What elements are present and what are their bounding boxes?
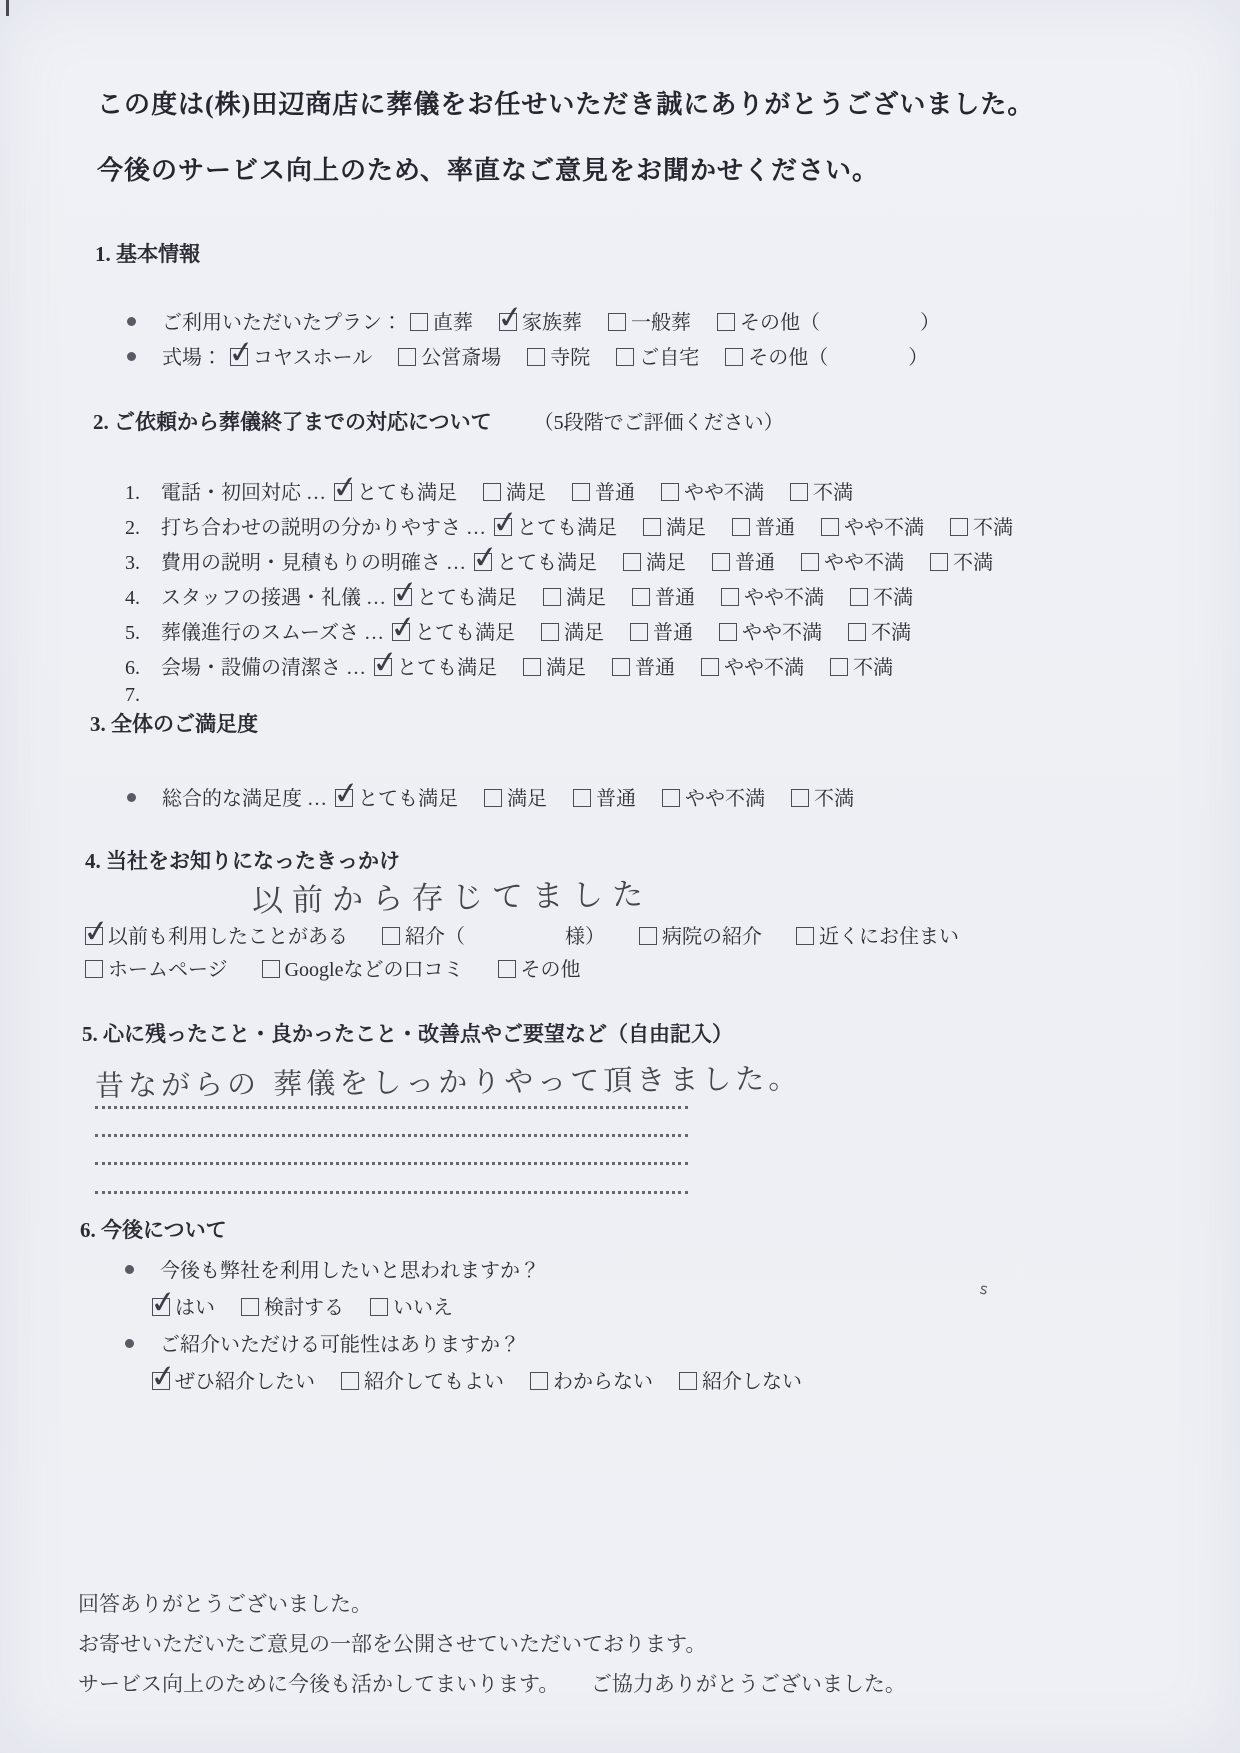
- plan-row: ご利用いただいたプラン：直葬家族葬一般葬その他（ ）: [127, 306, 966, 335]
- checkbox-option[interactable]: 不満: [950, 511, 1013, 540]
- checkbox[interactable]: [230, 348, 248, 366]
- rating-number: 7.: [125, 684, 161, 707]
- checkbox[interactable]: [821, 518, 839, 536]
- checkbox[interactable]: [483, 483, 501, 501]
- checkbox-label: 不満: [873, 587, 913, 609]
- checkbox-option[interactable]: 不満: [790, 476, 853, 505]
- source-options-row2: ホームページGoogleなどの口コミその他: [85, 953, 615, 982]
- checkbox[interactable]: [801, 553, 819, 571]
- checkbox-option[interactable]: とても満足: [392, 616, 515, 645]
- checkbox-label: 普通: [635, 657, 675, 679]
- comment-write-line[interactable]: [95, 1160, 688, 1165]
- checkbox[interactable]: [152, 1298, 170, 1316]
- checkbox-option[interactable]: 満足: [483, 476, 546, 505]
- checkbox-label: Googleなどの口コミ: [285, 959, 464, 981]
- checkbox-label: とても満足: [357, 482, 457, 504]
- checkbox-option[interactable]: 普通: [712, 546, 775, 575]
- checkbox[interactable]: [608, 313, 626, 331]
- checkbox-option[interactable]: やや不満: [701, 651, 804, 680]
- bullet-icon: [127, 317, 136, 326]
- overall-row: 総合的な満足度 …とても満足満足普通やや不満不満: [127, 782, 880, 811]
- rating-options: とても満足満足普通やや不満不満: [474, 552, 1019, 574]
- checkbox-option[interactable]: 不満: [791, 782, 854, 811]
- checkbox[interactable]: [717, 313, 735, 331]
- checkbox-option[interactable]: やや不満: [661, 476, 764, 505]
- checkbox[interactable]: [85, 960, 103, 978]
- checkbox-label: わからない: [553, 1371, 653, 1393]
- stray-ink-mark: s: [978, 1279, 989, 1298]
- checkbox-option[interactable]: 普通: [572, 476, 635, 505]
- checkbox-option[interactable]: 普通: [732, 511, 795, 540]
- checkbox-option[interactable]: やや不満: [719, 616, 822, 645]
- page-title: この度は(株)田辺商店に葬儀をお任せいただき誠にありがとうございました。: [97, 84, 1034, 121]
- checkbox-label: その他: [521, 959, 581, 981]
- footer-closing: サービス向上のために今後も活かしてまいります。 ご協力ありがとうございました。: [78, 1668, 906, 1698]
- future-use-question: 今後も弊社を利用したいと思われますか？: [160, 1260, 540, 1282]
- rating-label: 打ち合わせの説明の分かりやすさ …: [161, 517, 486, 539]
- rating-options: とても満足満足普通やや不満不満: [374, 657, 919, 679]
- checkbox-option[interactable]: やや不満: [801, 546, 904, 575]
- checkbox-label: 不満: [953, 552, 993, 574]
- referral-answers-row: ぜひ紹介したい紹介してもよいわからない紹介しない: [152, 1365, 828, 1394]
- checkbox-label: とても満足: [517, 517, 617, 539]
- checkbox-option[interactable]: とても満足: [474, 546, 597, 575]
- checkbox-label: 一般葬: [631, 312, 691, 334]
- rating-number: 6.: [125, 657, 161, 680]
- checkbox[interactable]: [394, 588, 412, 606]
- rating-row: 6.会場・設備の清潔さ …とても満足満足普通やや不満不満: [125, 651, 919, 680]
- checkbox-label: 普通: [655, 587, 695, 609]
- checkbox-label: 検討する: [264, 1297, 344, 1319]
- overall-label: 総合的な満足度 …: [162, 788, 327, 810]
- section4-heading: 4. 当社をお知りになったきっかけ: [85, 845, 400, 875]
- rating-number: 2.: [125, 517, 161, 540]
- checkbox[interactable]: [796, 927, 814, 945]
- checkbox[interactable]: [643, 518, 661, 536]
- checkbox-option[interactable]: 病院の紹介: [639, 920, 762, 949]
- checkbox-label: ぜひ紹介したい: [175, 1371, 315, 1393]
- rating-options: とても満足満足普通やや不満不満: [334, 482, 879, 504]
- checkbox-option[interactable]: その他: [498, 953, 581, 982]
- checkbox-option[interactable]: 普通: [630, 616, 693, 645]
- comment-write-line[interactable]: [95, 1189, 688, 1194]
- checkbox-label: 病院の紹介: [662, 926, 762, 948]
- checkbox[interactable]: [530, 1372, 548, 1390]
- checkbox[interactable]: [732, 518, 750, 536]
- rating-options: とても満足満足普通やや不満不満: [494, 517, 1039, 539]
- checkbox[interactable]: [341, 1372, 359, 1390]
- checkbox[interactable]: [398, 348, 416, 366]
- checkbox-label: 満足: [507, 788, 547, 810]
- checkbox-label: やや不満: [744, 587, 824, 609]
- checkbox-label: 不満: [814, 788, 854, 810]
- checkbox-label: とても満足: [397, 657, 497, 679]
- checkbox[interactable]: [494, 518, 512, 536]
- page-subtitle: 今後のサービス向上のため、率直なご意見をお聞かせください。: [97, 150, 879, 187]
- checkbox-label: 満足: [566, 587, 606, 609]
- checkbox-option[interactable]: Googleなどの口コミ: [262, 953, 464, 982]
- checkbox[interactable]: [719, 623, 737, 641]
- rating-row: 1.電話・初回対応 …とても満足満足普通やや不満不満: [125, 476, 879, 505]
- checkbox-label: やや不満: [742, 622, 822, 644]
- checkbox[interactable]: [623, 553, 641, 571]
- checkbox-option[interactable]: 普通: [612, 651, 675, 680]
- checkbox-label: 直葬: [433, 312, 473, 334]
- checkbox[interactable]: [498, 960, 516, 978]
- overall-options: とても満足満足普通やや不満不満: [335, 788, 880, 810]
- checkbox[interactable]: [410, 313, 428, 331]
- checkbox-option[interactable]: 一般葬: [608, 306, 691, 335]
- checkbox-label: やや不満: [824, 552, 904, 574]
- checkbox-label: 普通: [653, 622, 693, 644]
- checkbox[interactable]: [712, 553, 730, 571]
- referral-question-row: ご紹介いただける可能性はありますか？: [125, 1328, 520, 1357]
- checkbox-option[interactable]: とても満足: [335, 782, 458, 811]
- checkbox[interactable]: [334, 483, 352, 501]
- future-use-options: はい検討するいいえ: [152, 1297, 479, 1319]
- checkbox-label: 普通: [735, 552, 775, 574]
- checkbox[interactable]: [262, 960, 280, 978]
- referral-question: ご紹介いただける可能性はありますか？: [160, 1334, 520, 1356]
- checkbox-option[interactable]: いいえ: [370, 1291, 453, 1320]
- checkbox-label: 家族葬: [522, 312, 582, 334]
- checkbox[interactable]: [484, 789, 502, 807]
- checkbox-label: 満足: [666, 517, 706, 539]
- checkbox-label: 紹介しない: [702, 1371, 802, 1393]
- checkbox-label: その他（ ）: [740, 312, 940, 334]
- checkbox-option[interactable]: 直葬: [410, 306, 473, 335]
- comment-write-line[interactable]: [95, 1104, 688, 1109]
- rating-label: 葬儀進行のスムーズさ …: [161, 622, 384, 644]
- checkbox[interactable]: [616, 348, 634, 366]
- future-use-question-row: 今後も弊社を利用したいと思われますか？: [125, 1254, 540, 1283]
- checkbox[interactable]: [572, 483, 590, 501]
- checkbox[interactable]: [335, 789, 353, 807]
- referral-options: ぜひ紹介したい紹介してもよいわからない紹介しない: [152, 1371, 828, 1393]
- checkbox-option[interactable]: 寺院: [527, 341, 590, 370]
- section6-heading: 6. 今後について: [80, 1214, 227, 1244]
- checkbox-label: ご自宅: [639, 347, 699, 369]
- rating-row: 2.打ち合わせの説明の分かりやすさ …とても満足満足普通やや不満不満: [125, 511, 1039, 540]
- rating-options: とても満足満足普通やや不満不満: [394, 587, 939, 609]
- checkbox-label: その他（ ）: [748, 347, 928, 369]
- checkbox[interactable]: [639, 927, 657, 945]
- checkbox-label: いいえ: [393, 1297, 453, 1319]
- plan-label: ご利用いただいたプラン：: [162, 312, 402, 334]
- section1-heading: 1. 基本情報: [95, 238, 200, 268]
- bullet-icon: [125, 1265, 134, 1274]
- checkbox[interactable]: [499, 313, 517, 331]
- checkbox-option[interactable]: 紹介してもよい: [341, 1365, 504, 1394]
- checkbox[interactable]: [85, 927, 103, 945]
- checkbox-option[interactable]: 家族葬: [499, 306, 582, 335]
- checkbox-option[interactable]: コヤスホール: [230, 341, 372, 370]
- venue-label: 式場：: [162, 347, 222, 369]
- source-options-row1: 以前も利用したことがある紹介（ 様）病院の紹介近くにお住まい: [85, 920, 993, 949]
- bullet-icon: [127, 793, 136, 802]
- checkbox-label: 公営斎場: [421, 347, 501, 369]
- checkbox-label: 不満: [871, 622, 911, 644]
- checkbox-label: 普通: [596, 788, 636, 810]
- checkbox-option[interactable]: とても満足: [394, 581, 517, 610]
- plan-options: 直葬家族葬一般葬その他（ ）: [410, 312, 966, 334]
- checkbox-option[interactable]: とても満足: [334, 476, 457, 505]
- rating-row: 7.: [125, 684, 161, 707]
- checkbox-label: とても満足: [358, 788, 458, 810]
- checkbox-option[interactable]: 紹介しない: [679, 1365, 802, 1394]
- handwritten-free-comment: 昔ながらの 葬儀をしっかりやって頂きました。: [95, 1056, 802, 1104]
- rating-number: 1.: [125, 482, 161, 505]
- checkbox-label: ホームページ: [108, 959, 228, 981]
- checkbox-label: とても満足: [417, 587, 517, 609]
- checkbox-label: 満足: [546, 657, 586, 679]
- venue-options: コヤスホール公営斎場寺院ご自宅その他（ ）: [230, 347, 954, 369]
- source-options: ホームページGoogleなどの口コミその他: [85, 959, 615, 981]
- checkbox-option[interactable]: 満足: [523, 651, 586, 680]
- venue-row: 式場：コヤスホール公営斎場寺院ご自宅その他（ ）: [127, 341, 954, 370]
- checkbox-option[interactable]: 満足: [643, 511, 706, 540]
- checkbox-label: はい: [175, 1297, 215, 1319]
- checkbox-label: やや不満: [724, 657, 804, 679]
- checkbox-option[interactable]: 満足: [541, 616, 604, 645]
- checkbox-option[interactable]: やや不満: [821, 511, 924, 540]
- checkbox-label: 満足: [646, 552, 686, 574]
- checkbox[interactable]: [241, 1298, 259, 1316]
- checkbox-option[interactable]: 満足: [623, 546, 686, 575]
- checkbox-label: 満足: [564, 622, 604, 644]
- checkbox[interactable]: [950, 518, 968, 536]
- checkbox[interactable]: [630, 623, 648, 641]
- comment-write-line[interactable]: [95, 1132, 688, 1137]
- checkbox-option[interactable]: 普通: [632, 581, 695, 610]
- checkbox[interactable]: [848, 623, 866, 641]
- checkbox-option[interactable]: はい: [152, 1291, 215, 1320]
- checkbox-option[interactable]: 不満: [848, 616, 911, 645]
- section2-note: （5段階でご評価ください）: [534, 412, 784, 434]
- scanned-survey-page: この度は(株)田辺商店に葬儀をお任せいただき誠にありがとうございました。 今後の…: [0, 0, 1240, 1753]
- checkbox[interactable]: [474, 553, 492, 571]
- bullet-icon: [125, 1339, 134, 1348]
- checkbox-option[interactable]: 不満: [930, 546, 993, 575]
- footer-thanks: 回答ありがとうございました。: [78, 1588, 372, 1618]
- checkbox[interactable]: [543, 588, 561, 606]
- checkbox-label: 不満: [813, 482, 853, 504]
- checkbox[interactable]: [382, 927, 400, 945]
- rating-label: 電話・初回対応 …: [161, 482, 326, 504]
- checkbox-option[interactable]: 満足: [543, 581, 606, 610]
- checkbox-option[interactable]: 近くにお住まい: [796, 920, 959, 949]
- checkbox-option[interactable]: 公営斎場: [398, 341, 501, 370]
- rating-options: とても満足満足普通やや不満不満: [392, 622, 937, 644]
- checkbox[interactable]: [721, 588, 739, 606]
- section2-heading-text: 2. ご依頼から葬儀終了までの対応について: [93, 410, 492, 434]
- checkbox[interactable]: [850, 588, 868, 606]
- checkbox-label: 近くにお住まい: [819, 926, 959, 948]
- checkbox[interactable]: [370, 1298, 388, 1316]
- checkbox-label: 以前も利用したことがある: [108, 926, 348, 948]
- checkbox-label: 紹介（ 様）: [405, 926, 605, 948]
- checkbox-option[interactable]: とても満足: [374, 651, 497, 680]
- rating-row: 3.費用の説明・見積もりの明確さ …とても満足満足普通やや不満不満: [125, 546, 1019, 575]
- checkbox-label: 不満: [973, 517, 1013, 539]
- footer-publish-note: お寄せいただいたご意見の一部を公開させていただいております。: [78, 1628, 706, 1658]
- checkbox[interactable]: [527, 348, 545, 366]
- section3-heading: 3. 全体のご満足度: [90, 708, 258, 738]
- checkbox[interactable]: [662, 789, 680, 807]
- scan-artifact-mark: [6, 0, 9, 16]
- checkbox-label: とても満足: [497, 552, 597, 574]
- checkbox-option[interactable]: その他（ ）: [725, 341, 928, 370]
- rating-label: スタッフの接遇・礼儀 …: [161, 587, 386, 609]
- checkbox[interactable]: [791, 789, 809, 807]
- checkbox-option[interactable]: その他（ ）: [717, 306, 940, 335]
- checkbox[interactable]: [790, 483, 808, 501]
- checkbox-label: コヤスホール: [253, 347, 372, 369]
- checkbox-option[interactable]: 満足: [484, 782, 547, 811]
- checkbox-label: 普通: [595, 482, 635, 504]
- checkbox[interactable]: [661, 483, 679, 501]
- source-options: 以前も利用したことがある紹介（ 様）病院の紹介近くにお住まい: [85, 926, 993, 948]
- checkbox-option[interactable]: やや不満: [721, 581, 824, 610]
- checkbox[interactable]: [725, 348, 743, 366]
- checkbox-label: 紹介してもよい: [364, 1371, 504, 1393]
- handwritten-answer-source: 以前から存じてました: [252, 869, 653, 921]
- rating-number: 3.: [125, 552, 161, 575]
- checkbox-label: やや不満: [684, 482, 764, 504]
- section2-heading: 2. ご依頼から葬儀終了までの対応について（5段階でご評価ください）: [93, 406, 784, 436]
- checkbox-option[interactable]: ぜひ紹介したい: [152, 1365, 315, 1394]
- checkbox-label: 満足: [506, 482, 546, 504]
- rating-label: 費用の説明・見積もりの明確さ …: [161, 552, 466, 574]
- bullet-icon: [127, 352, 136, 361]
- checkbox-option[interactable]: やや不満: [662, 782, 765, 811]
- checkbox[interactable]: [392, 623, 410, 641]
- section5-heading: 5. 心に残ったこと・良かったこと・改善点やご要望など（自由記入）: [82, 1018, 733, 1048]
- checkbox-option[interactable]: わからない: [530, 1365, 653, 1394]
- checkbox-option[interactable]: 以前も利用したことがある: [85, 920, 348, 949]
- rating-row: 4.スタッフの接遇・礼儀 …とても満足満足普通やや不満不満: [125, 581, 939, 610]
- checkbox-label: 寺院: [550, 347, 590, 369]
- checkbox[interactable]: [679, 1372, 697, 1390]
- rating-row: 5.葬儀進行のスムーズさ …とても満足満足普通やや不満不満: [125, 616, 937, 645]
- rating-label: 会場・設備の清潔さ …: [161, 657, 366, 679]
- checkbox[interactable]: [541, 623, 559, 641]
- checkbox[interactable]: [830, 658, 848, 676]
- checkbox-option[interactable]: ホームページ: [85, 953, 228, 982]
- rating-number: 5.: [125, 622, 161, 645]
- checkbox-option[interactable]: 紹介（ 様）: [382, 920, 605, 949]
- checkbox-option[interactable]: 不満: [850, 581, 913, 610]
- checkbox[interactable]: [152, 1372, 170, 1390]
- checkbox[interactable]: [523, 658, 541, 676]
- checkbox-label: とても満足: [415, 622, 515, 644]
- checkbox-option[interactable]: 普通: [573, 782, 636, 811]
- checkbox-option[interactable]: 検討する: [241, 1291, 344, 1320]
- checkbox[interactable]: [701, 658, 719, 676]
- checkbox-label: 普通: [755, 517, 795, 539]
- checkbox-label: やや不満: [844, 517, 924, 539]
- checkbox-option[interactable]: とても満足: [494, 511, 617, 540]
- checkbox[interactable]: [573, 789, 591, 807]
- checkbox[interactable]: [930, 553, 948, 571]
- rating-number: 4.: [125, 587, 161, 610]
- checkbox[interactable]: [374, 658, 392, 676]
- checkbox-option[interactable]: ご自宅: [616, 341, 699, 370]
- checkbox-label: やや不満: [685, 788, 765, 810]
- future-use-answers-row: はい検討するいいえ: [152, 1291, 479, 1320]
- checkbox[interactable]: [632, 588, 650, 606]
- checkbox[interactable]: [612, 658, 630, 676]
- checkbox-option[interactable]: 不満: [830, 651, 893, 680]
- checkbox-label: 不満: [853, 657, 893, 679]
